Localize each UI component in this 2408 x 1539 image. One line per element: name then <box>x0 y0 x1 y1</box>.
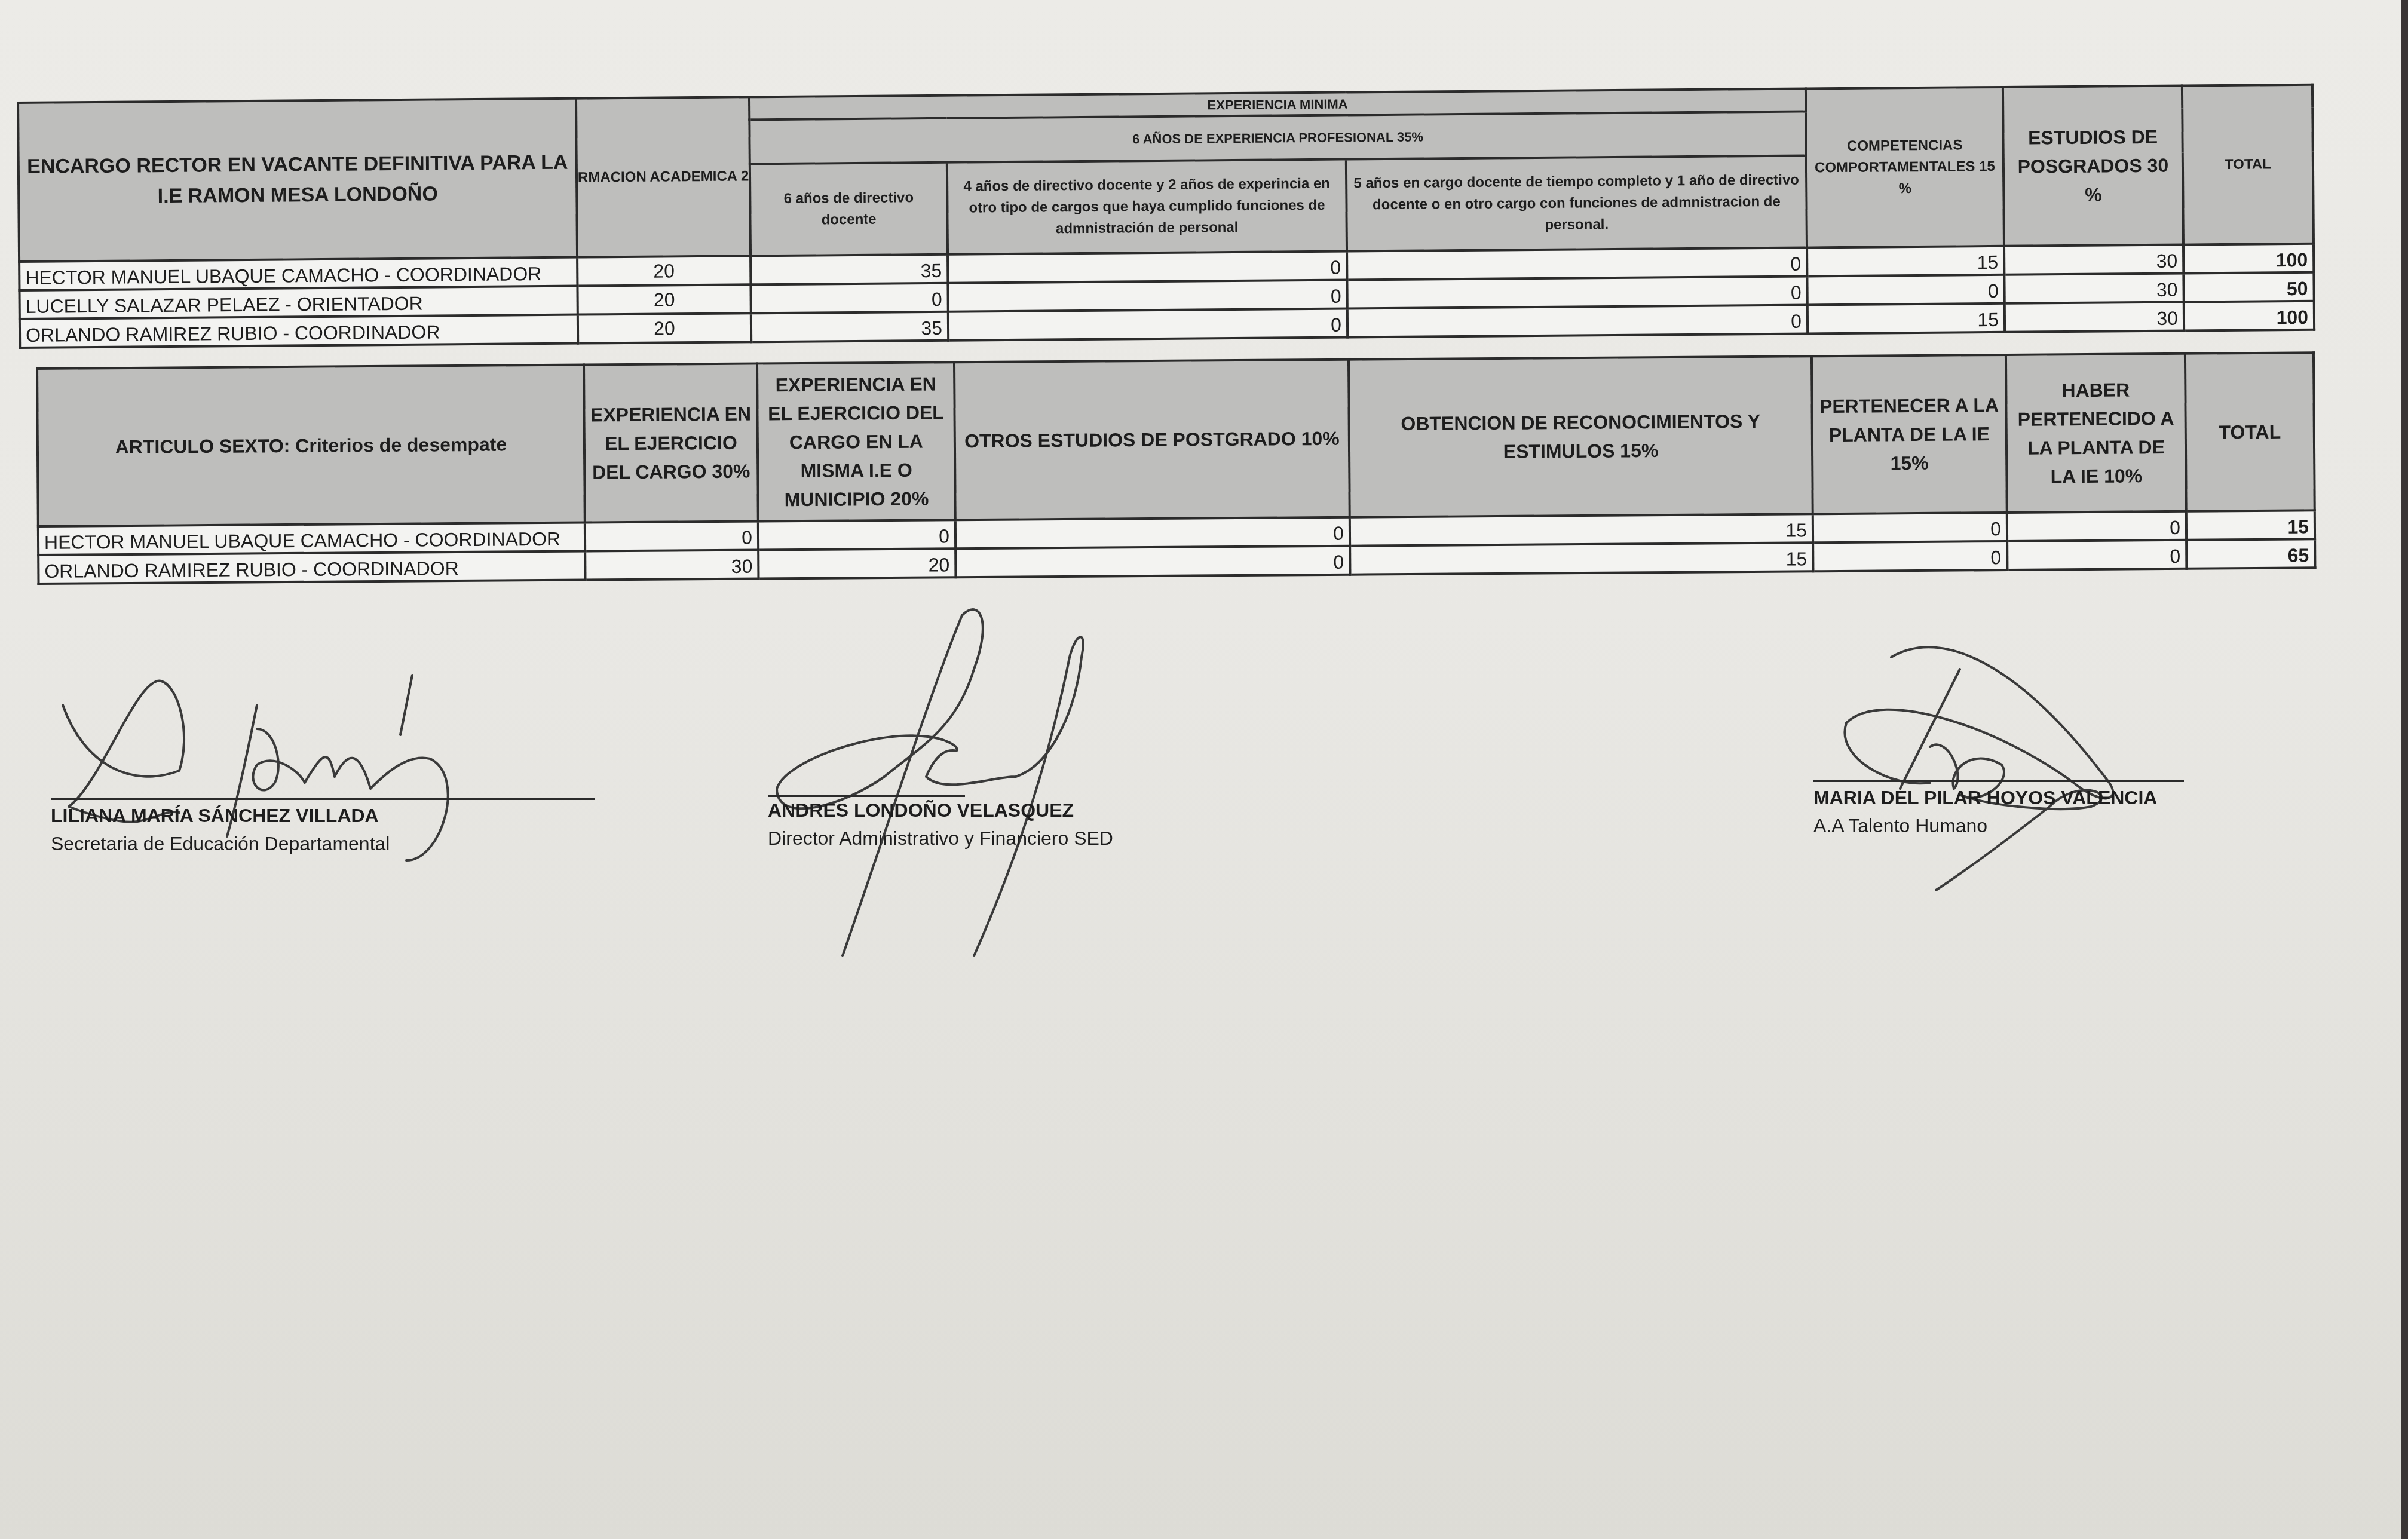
cell-exp-c: 0 <box>1347 276 1807 308</box>
col-exp-cargo: EXPERIENCIA EN EL EJERCICIO DEL CARGO 30… <box>584 364 758 523</box>
cell-total: 65 <box>2186 539 2315 568</box>
page-edge-shadow <box>2401 0 2408 1539</box>
col-total: TOTAL <box>2182 85 2314 245</box>
cell-exp-b: 0 <box>948 309 1347 341</box>
signer-name: MARIA DEL PILAR HOYOS VALENCIA <box>1813 787 2184 809</box>
signature-line <box>51 798 595 800</box>
cell-exp-cargo: 30 <box>585 550 758 580</box>
signer-name: ANDRES LONDOÑO VELASQUEZ <box>768 799 965 821</box>
col-formacion-academica: RMACION ACADEMICA 2 <box>576 97 750 257</box>
cell-exp-cargo: 0 <box>585 522 758 551</box>
cell-formacion: 20 <box>578 313 751 343</box>
cell-reconocimientos: 15 <box>1350 514 1813 545</box>
cell-competencias: 15 <box>1807 246 2004 277</box>
cell-reconocimientos: 15 <box>1350 542 1813 574</box>
cell-exp-c: 0 <box>1347 247 1807 280</box>
cell-pertenecer: 0 <box>1813 513 2007 542</box>
cell-total: 100 <box>2183 244 2314 274</box>
signature-line <box>1813 780 2184 782</box>
col-exp-6-anos-directivo: 6 años de directivo docente <box>750 163 948 256</box>
col-pertenecer-planta: PERTENECER A LA PLANTA DE LA IE 15% <box>1812 355 2007 514</box>
cell-exp-misma: 0 <box>758 520 955 550</box>
table2-title: ARTICULO SEXTO: Criterios de desempate <box>37 365 585 526</box>
signer-role: A.A Talento Humano <box>1813 815 2184 837</box>
candidate-name: LUCELLY SALAZAR PELAEZ - ORIENTADOR <box>19 286 577 319</box>
cell-posgrados: 30 <box>2004 245 2183 275</box>
cell-exp-a: 35 <box>750 255 948 285</box>
col-posgrados: ESTUDIOS DE POSGRADOS 30 % <box>2003 86 2183 246</box>
cell-posgrados: 30 <box>2004 274 2183 303</box>
col-exp-5-anos-docente: 5 años en cargo docente de tiempo comple… <box>1346 155 1807 251</box>
cell-pertenecer: 0 <box>1813 541 2007 571</box>
col-total: TOTAL <box>2185 352 2315 511</box>
criterios-desempate-table: ARTICULO SEXTO: Criterios de desempate E… <box>36 351 2316 585</box>
candidate-name: ORLANDO RAMIREZ RUBIO - COORDINADOR <box>38 551 585 584</box>
cell-total: 15 <box>2186 510 2315 539</box>
table1-title: ENCARGO RECTOR EN VACANTE DEFINITIVA PAR… <box>18 99 577 262</box>
cell-formacion: 20 <box>577 284 750 314</box>
candidate-name: HECTOR MANUEL UBAQUE CAMACHO - COORDINAD… <box>38 523 585 555</box>
col-exp-misma-ie: EXPERIENCIA EN EL EJERCICIO DEL CARGO EN… <box>757 362 955 521</box>
cell-exp-b: 0 <box>948 252 1347 283</box>
signature-line <box>768 795 965 797</box>
cell-exp-misma: 20 <box>758 548 955 578</box>
cell-haber: 0 <box>2007 540 2186 570</box>
candidate-name: HECTOR MANUEL UBAQUE CAMACHO - COORDINAD… <box>19 257 577 290</box>
signature-block-1: LILIANA MARÍA SÁNCHEZ VILLADA Secretaria… <box>51 798 595 855</box>
cell-otros: 0 <box>955 546 1350 578</box>
signature-block-3: MARIA DEL PILAR HOYOS VALENCIA A.A Talen… <box>1813 780 2184 837</box>
col-exp-4-anos-directivo: 4 años de directivo docente y 2 años de … <box>947 160 1347 255</box>
signature-scrawl-3 <box>1822 627 2157 890</box>
candidate-name: ORLANDO RAMIREZ RUBIO - COORDINADOR <box>20 315 578 348</box>
col-reconocimientos: OBTENCION DE RECONOCIMIENTOS Y ESTIMULOS… <box>1349 356 1813 517</box>
cell-exp-a: 35 <box>751 312 948 342</box>
signature-block-2: ANDRES LONDOÑO VELASQUEZ Director Admini… <box>768 795 965 850</box>
cell-exp-a: 0 <box>750 283 948 314</box>
cell-competencias: 0 <box>1807 275 2004 305</box>
signer-role: Director Administrativo y Financiero SED <box>768 827 965 850</box>
cell-haber: 0 <box>2007 511 2186 541</box>
cell-total: 100 <box>2184 301 2314 331</box>
subgroup-experiencia-profesional: 6 AÑOS DE EXPERIENCIA PROFESIONAL 35% <box>749 111 1806 164</box>
col-otros-estudios: OTROS ESTUDIOS DE POSTGRADO 10% <box>954 360 1350 520</box>
signature-scrawl-2 <box>765 597 1099 962</box>
cell-otros: 0 <box>955 517 1350 549</box>
col-competencias: COMPETENCIAS COMPORTAMENTALES 15 % <box>1806 87 2004 248</box>
cell-posgrados: 30 <box>2005 302 2184 332</box>
cell-formacion: 20 <box>577 256 750 286</box>
encargo-rector-table: ENCARGO RECTOR EN VACANTE DEFINITIVA PAR… <box>17 84 2315 349</box>
cell-competencias: 15 <box>1807 303 2005 334</box>
col-haber-pertenecido: HABER PERTENECIDO A LA PLANTA DE LA IE 1… <box>2006 354 2186 513</box>
cell-total: 50 <box>2183 272 2314 302</box>
cell-exp-c: 0 <box>1347 305 1807 337</box>
cell-exp-b: 0 <box>948 280 1347 312</box>
signer-name: LILIANA MARÍA SÁNCHEZ VILLADA <box>51 805 595 827</box>
signer-role: Secretaria de Educación Departamental <box>51 833 595 855</box>
